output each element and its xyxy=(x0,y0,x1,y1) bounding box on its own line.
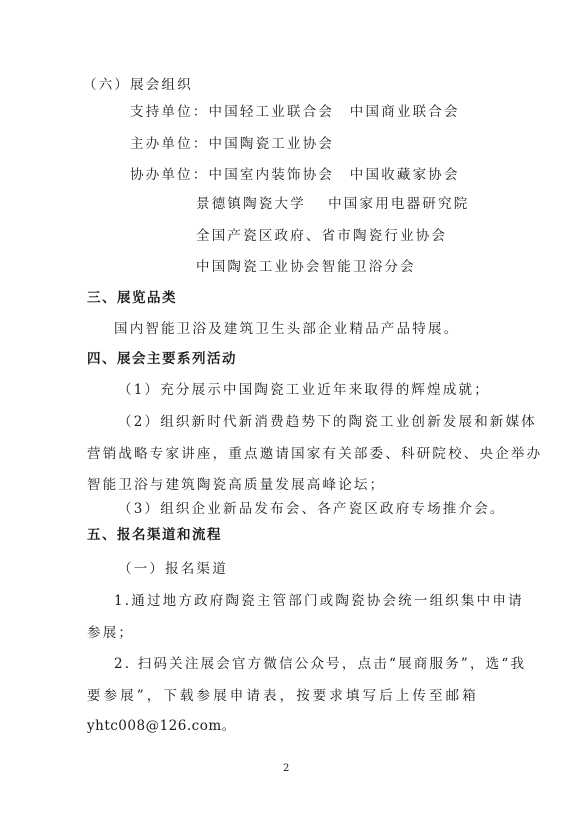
page-number: 2 xyxy=(283,763,289,774)
list-item: 营销战略专家讲座，重点邀请国家有关部委、科研院校、央企举办 xyxy=(87,446,542,462)
section-heading: 四、展会主要系列活动 xyxy=(87,351,237,367)
co-host-units: 景德镇陶瓷大学 中国家用电器研究院 xyxy=(196,196,469,212)
support-units: 支持单位：中国轻工业联合会 中国商业联合会 xyxy=(130,104,460,120)
co-host-units: 中国陶瓷工业协会智能卫浴分会 xyxy=(196,259,416,275)
co-host-units: 全国产瓷区政府、省市陶瓷行业协会 xyxy=(196,228,447,244)
subsection-heading: （一）报名渠道 xyxy=(118,561,228,577)
email-address: yhtc008@126.com。 xyxy=(87,718,236,734)
section-heading: 五、报名渠道和流程 xyxy=(87,527,222,543)
list-item: （2）组织新时代新消费趋势下的陶瓷工业创新发展和新媒体 xyxy=(118,414,537,430)
list-item: 智能卫浴与建筑陶瓷高质量发展高峰论坛； xyxy=(87,477,385,493)
paragraph: 国内智能卫浴及建筑卫生头部企业精品产品特展。 xyxy=(114,321,459,337)
paragraph: 要参展”，下载参展申请表，按要求填写后上传至邮箱 xyxy=(87,688,479,704)
paragraph: 2. 扫码关注展会官方微信公众号，点击“展商服务”，选“我 xyxy=(114,656,526,672)
paragraph: 1.通过地方政府陶瓷主管部门或陶瓷协会统一组织集中申请 xyxy=(114,593,524,609)
section-heading: （六）展会组织 xyxy=(83,77,193,93)
list-item: （3）组织企业新品发布会、各产瓷区政府专场推介会。 xyxy=(118,501,506,517)
section-heading: 三、展览品类 xyxy=(87,290,177,306)
host-unit: 主办单位：中国陶瓷工业协会 xyxy=(130,136,334,152)
paragraph: 参展； xyxy=(87,625,134,641)
list-item: （1）充分展示中国陶瓷工业近年来取得的辉煌成就； xyxy=(118,382,490,398)
co-host-units: 协办单位：中国室内装饰协会 中国收藏家协会 xyxy=(130,167,460,183)
